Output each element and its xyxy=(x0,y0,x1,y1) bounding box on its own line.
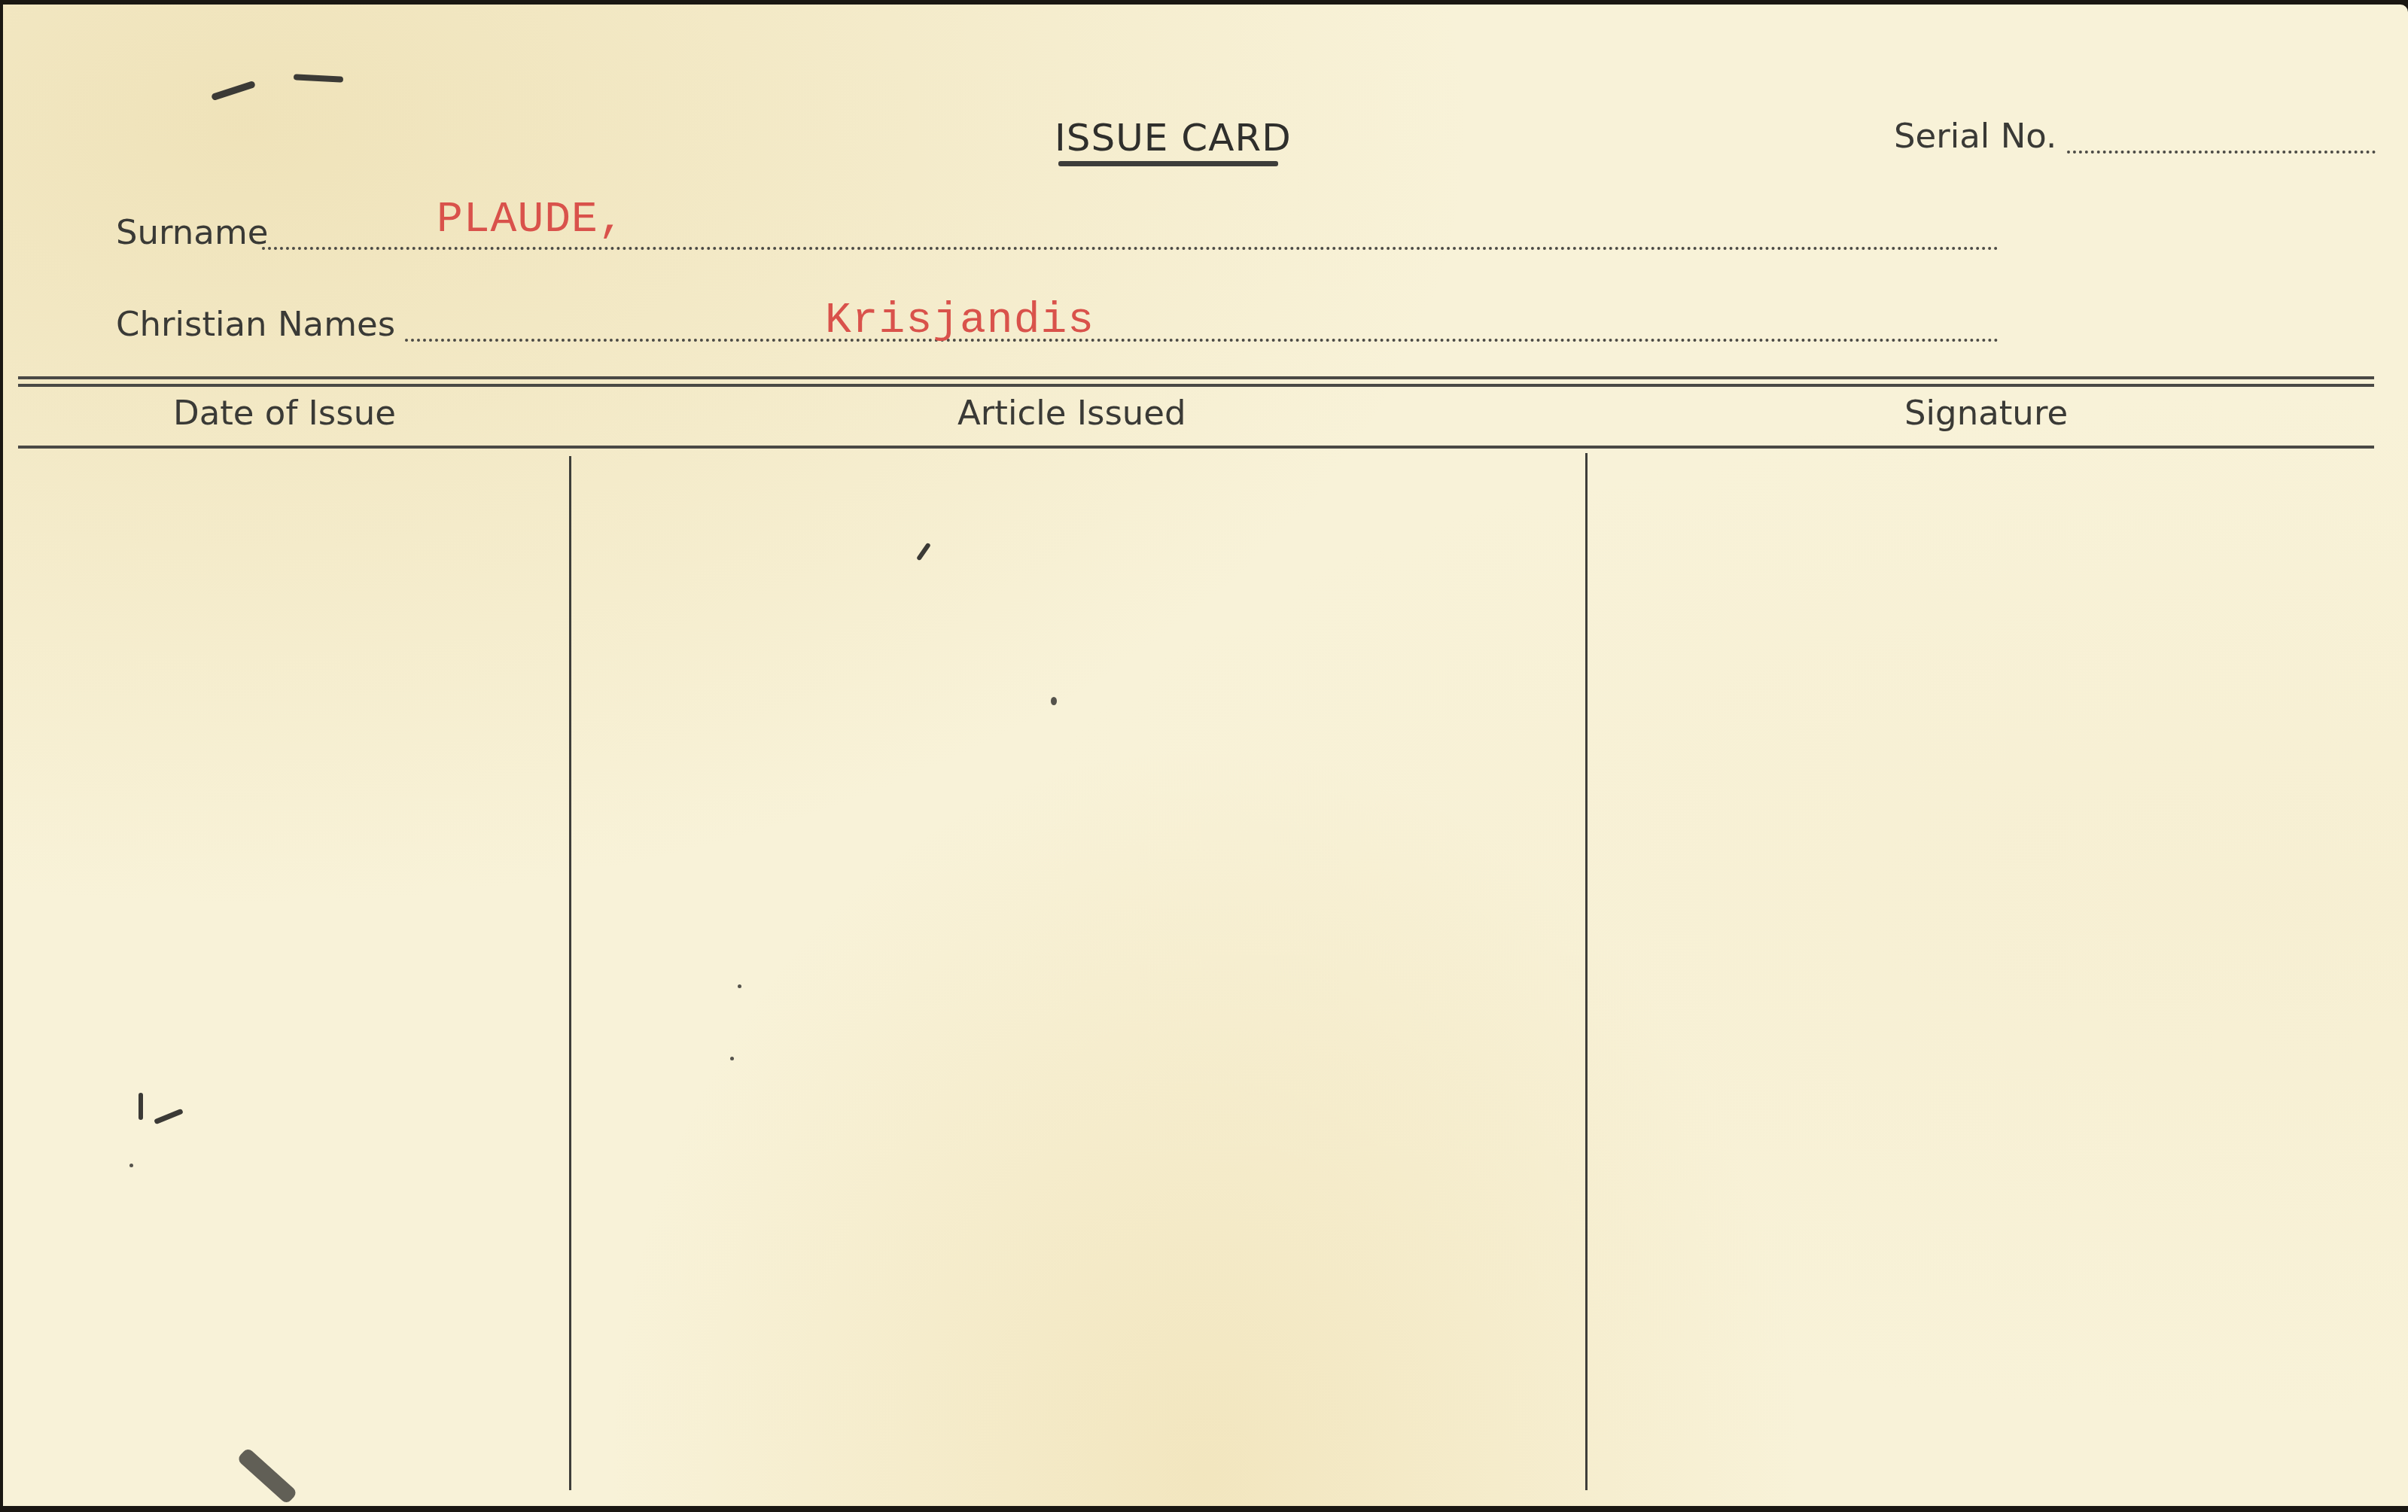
ink-speck-icon xyxy=(730,1057,734,1060)
serial-number-label: Serial No. xyxy=(1894,116,2056,156)
ink-mark-icon xyxy=(139,1093,143,1120)
date-of-issue-column[interactable] xyxy=(18,456,566,1495)
christian-names-field[interactable] xyxy=(405,339,1999,342)
ink-speck-icon xyxy=(1051,697,1057,705)
staple-mark-icon xyxy=(294,74,343,82)
title-underline xyxy=(1058,161,1278,166)
ink-speck-icon xyxy=(129,1164,133,1167)
signature-column[interactable] xyxy=(1590,456,2373,1495)
christian-names-label: Christian Names xyxy=(116,304,395,344)
column-divider-2 xyxy=(1585,453,1588,1490)
surname-field[interactable] xyxy=(262,247,1999,250)
header-double-rule-top xyxy=(18,376,2374,379)
column-header-rule xyxy=(18,446,2374,449)
christian-names-value: Krisjandis xyxy=(825,297,1094,345)
card-title: ISSUE CARD xyxy=(1055,116,1292,160)
surname-value: PLAUDE, xyxy=(437,196,626,245)
surname-label: Surname xyxy=(116,212,268,252)
column-header-signature: Signature xyxy=(1904,393,2068,433)
serial-number-field[interactable] xyxy=(2067,151,2376,154)
column-header-date-of-issue: Date of Issue xyxy=(173,393,396,433)
column-header-article-issued: Article Issued xyxy=(957,393,1186,433)
article-issued-column[interactable] xyxy=(574,456,1582,1495)
header-double-rule-bottom xyxy=(18,384,2374,387)
column-divider-1 xyxy=(569,456,571,1490)
ink-speck-icon xyxy=(738,984,741,988)
staple-mark-icon xyxy=(211,81,256,101)
issue-card: ISSUE CARD Serial No. Surname PLAUDE, Ch… xyxy=(3,5,2408,1506)
